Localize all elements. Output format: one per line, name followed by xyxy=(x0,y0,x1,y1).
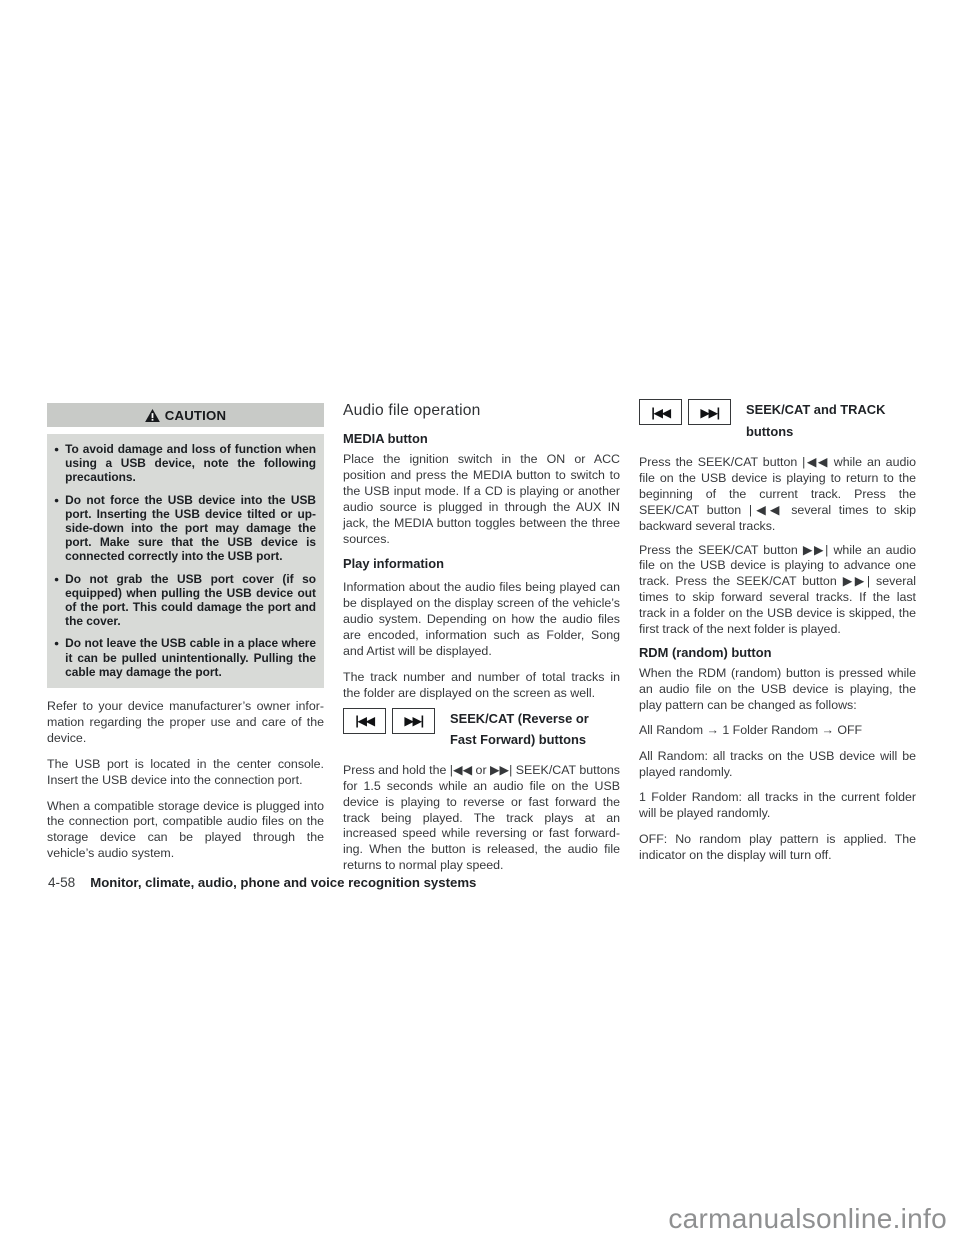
paragraph: Information about the audio files being … xyxy=(343,580,620,660)
caution-body: ● To avoid damage and loss of function w… xyxy=(47,434,324,688)
section-heading-audio-file-operation: Audio file operation xyxy=(343,402,620,420)
left-column: CAUTION ● To avoid damage and loss of fu… xyxy=(47,403,324,872)
caution-bullet: ● Do not force the USB device into the U… xyxy=(54,493,316,564)
page-number: 4-58 xyxy=(48,875,75,890)
paragraph: The track number and number of total tra… xyxy=(343,670,620,702)
caution-bullet: ● To avoid damage and loss of function w… xyxy=(54,442,316,485)
right-column: |◀◀ ▶▶| SEEK/CAT and TRACK buttons Press… xyxy=(639,397,916,874)
paragraph: When a compatible storage device is plug… xyxy=(47,799,324,863)
paragraph: The USB port is located in the center co… xyxy=(47,757,324,789)
paragraph: OFF: No random play pattern is applied. … xyxy=(639,832,916,864)
subheading-media-button: MEDIA button xyxy=(343,431,620,446)
paragraph: Place the ignition switch in the ON or A… xyxy=(343,452,620,547)
watermark: carmanualsonline.info xyxy=(668,1203,947,1235)
warning-triangle-icon xyxy=(145,409,160,422)
paragraph: Refer to your device manufacturer’s owne… xyxy=(47,699,324,747)
middle-column: Audio file operation MEDIA button Place … xyxy=(343,400,620,884)
caution-header: CAUTION xyxy=(47,403,324,427)
skip-back-icon: |◀◀ xyxy=(639,399,682,425)
seek-buttons-figure: |◀◀ ▶▶| SEEK/CAT (Reverse or Fast Forwar… xyxy=(343,708,620,751)
footer-section-title: Monitor, climate, audio, phone and voice… xyxy=(90,875,476,890)
subheading-play-information: Play information xyxy=(343,556,620,571)
page-footer: 4-58 Monitor, climate, audio, phone and … xyxy=(48,875,476,890)
caution-title: CAUTION xyxy=(165,408,226,423)
skip-forward-icon: ▶▶| xyxy=(392,708,435,734)
bullet-icon: ● xyxy=(54,572,59,629)
paragraph: All Random: all tracks on the USB device… xyxy=(639,749,916,781)
paragraph: Press the SEEK/CAT button |◀◀ while an a… xyxy=(639,455,916,535)
paragraph: When the RDM (random) button is pressed … xyxy=(639,666,916,714)
play-pattern-sequence: All Random → 1 Folder Random → OFF xyxy=(639,723,916,739)
subheading-rdm-button: RDM (random) button xyxy=(639,645,916,660)
bullet-icon: ● xyxy=(54,636,59,679)
paragraph: 1 Folder Random: all tracks in the curre… xyxy=(639,790,916,822)
caution-bullet: ● Do not leave the USB cable in a place … xyxy=(54,636,316,679)
seek-track-buttons-figure: |◀◀ ▶▶| SEEK/CAT and TRACK buttons xyxy=(639,399,916,442)
figure-caption: SEEK/CAT and TRACK buttons xyxy=(746,399,885,442)
bullet-icon: ● xyxy=(54,442,59,485)
paragraph: Press and hold the |◀◀ or ▶▶| SEEK/CAT b… xyxy=(343,763,620,874)
caution-bullet: ● Do not grab the USB port cover (if so … xyxy=(54,572,316,629)
figure-caption: SEEK/CAT (Reverse or Fast Forward) butto… xyxy=(450,708,589,751)
caution-box: CAUTION ● To avoid damage and loss of fu… xyxy=(47,403,324,688)
skip-forward-icon: ▶▶| xyxy=(688,399,731,425)
paragraph: Press the SEEK/CAT button ▶▶| while an a… xyxy=(639,543,916,638)
bullet-icon: ● xyxy=(54,493,59,564)
skip-back-icon: |◀◀ xyxy=(343,708,386,734)
